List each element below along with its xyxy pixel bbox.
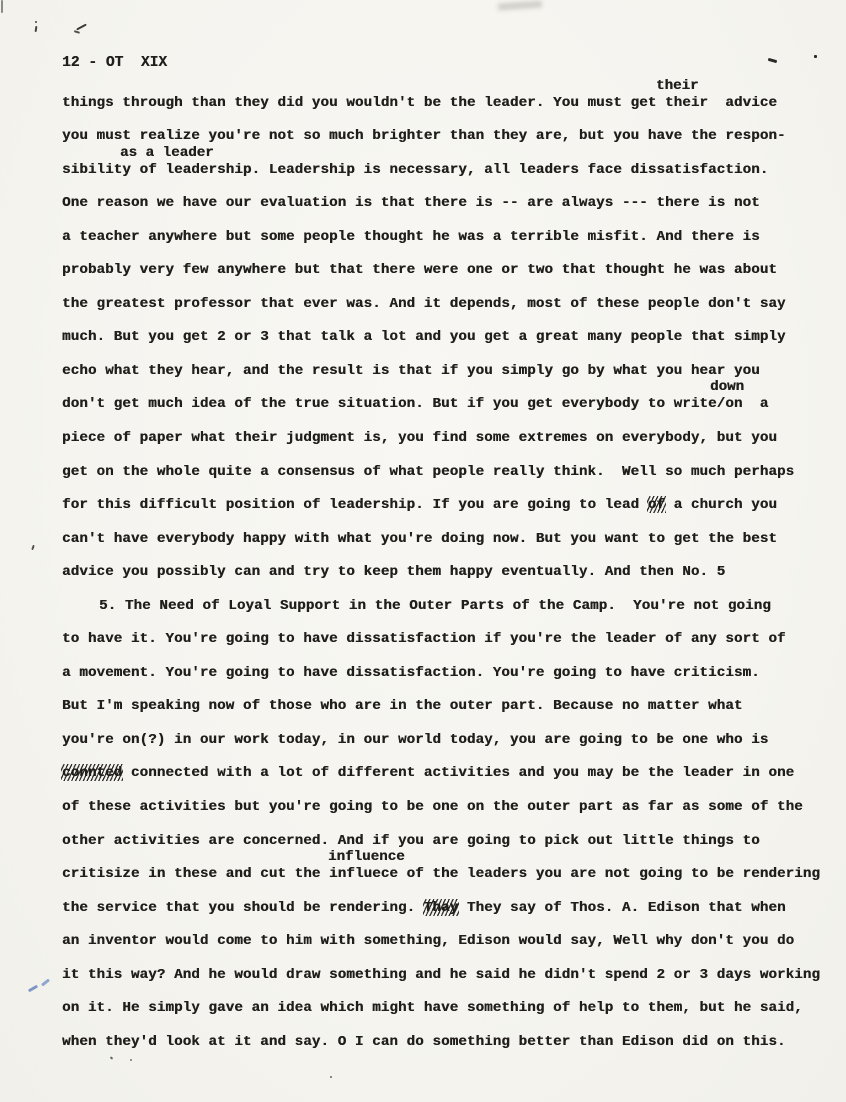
line-text: probably very few anywhere but that ther…	[62, 262, 777, 278]
ink-speck-bottom-1	[110, 1056, 114, 1059]
text-line: as a leadersibility of leadership. Leade…	[62, 146, 826, 180]
text-segment: an inventor would come to him with somet…	[62, 933, 794, 949]
line-text: get on the whole quite a consensus of wh…	[62, 464, 794, 480]
text-segment: much. But you get 2 or 3 that talk a lot…	[62, 329, 786, 345]
line-text: can't have everybody happy with what you…	[62, 531, 777, 547]
ink-speck-bottom-2	[130, 1059, 132, 1061]
text-line: a teacher anywhere but some people thoug…	[62, 213, 826, 247]
pen-flick-tail	[74, 30, 80, 33]
line-text: other activities are concerned. And if y…	[62, 833, 760, 849]
text-line: to have it. You're going to have dissati…	[62, 616, 826, 650]
smudge-top-center	[498, 0, 542, 10]
text-segment: the service that you should be rendering…	[62, 900, 424, 916]
text-line: piece of paper what their judgment is, y…	[62, 414, 826, 448]
line-text: critisize in these and cut the influece …	[62, 866, 820, 882]
text-segment: can't have everybody happy with what you…	[62, 531, 777, 547]
text-line: an inventor would come to him with somet…	[62, 918, 826, 952]
text-segment: of these activities but you're going to …	[62, 799, 803, 815]
pen-flick	[76, 24, 87, 31]
text-line: echo what they hear, and the result is t…	[62, 347, 826, 381]
text-line: probably very few anywhere but that ther…	[62, 247, 826, 281]
line-text: for this difficult position of leadershi…	[62, 497, 777, 513]
text-segment: get on the whole quite a consensus of wh…	[62, 464, 794, 480]
text-segment: One reason we have our evaluation is tha…	[62, 195, 760, 211]
text-line: the service that you should be rendering…	[62, 884, 826, 918]
struck-out-word: connted	[62, 765, 122, 781]
page-number-header: 12 - OT XIX	[62, 55, 167, 71]
text-line: theirthings through than they did you wo…	[62, 79, 826, 113]
text-line: a movement. You're going to have dissati…	[62, 649, 826, 683]
interlinear-insertion: as a leader	[120, 145, 214, 161]
text-segment: to have it. You're going to have dissati…	[62, 631, 786, 647]
text-line: other activities are concerned. And if y…	[62, 817, 826, 851]
text-segment: the greatest professor that ever was. An…	[62, 296, 786, 312]
ink-speck-i-dot	[35, 21, 37, 23]
text-segment: you're on(?) in our work today, in our w…	[62, 732, 768, 748]
text-segment: you must realize you're not so much brig…	[62, 128, 786, 144]
text-segment: critisize in these and cut the influece …	[62, 866, 820, 882]
text-line: One reason we have our evaluation is tha…	[62, 180, 826, 214]
text-segment: sibility of leadership. Leadership is ne…	[62, 162, 768, 178]
text-segment: connected with a lot of different activi…	[122, 765, 794, 781]
pen-comma	[768, 58, 777, 63]
line-text: One reason we have our evaluation is tha…	[62, 195, 760, 211]
text-segment: a church you	[665, 497, 777, 513]
text-segment: echo what they hear, and the result is t…	[62, 363, 760, 379]
line-text: sibility of leadership. Leadership is ne…	[62, 162, 768, 178]
ink-speck-i-stroke	[35, 26, 38, 32]
text-segment: other activities are concerned. And if y…	[62, 833, 760, 849]
text-line: connted connected with a lot of differen…	[62, 750, 826, 784]
edge-ink-line	[1, 0, 3, 13]
line-text: a teacher anywhere but some people thoug…	[62, 229, 760, 245]
text-segment: They say of Thos. A. Edison that when	[458, 900, 785, 916]
line-text: things through than they did you wouldn'…	[62, 95, 777, 111]
line-text: to have it. You're going to have dissati…	[62, 631, 786, 647]
line-text: it this way? And he would draw something…	[62, 967, 820, 983]
line-text: echo what they hear, and the result is t…	[62, 363, 760, 379]
line-text: you're on(?) in our work today, in our w…	[62, 732, 768, 748]
text-line: influencecritisize in these and cut the …	[62, 851, 826, 885]
text-segment: a movement. You're going to have dissati…	[62, 665, 760, 681]
text-line: downdon't get much idea of the true situ…	[62, 381, 826, 415]
text-segment: when they'd look at it and say. O I can …	[62, 1034, 786, 1050]
line-text: the greatest professor that ever was. An…	[62, 296, 786, 312]
text-line: on it. He simply gave an idea which migh…	[62, 985, 826, 1019]
line-text: a movement. You're going to have dissati…	[62, 665, 760, 681]
ink-tick-left	[31, 545, 35, 550]
text-line: the greatest professor that ever was. An…	[62, 280, 826, 314]
blue-pencil-stroke-1	[28, 985, 38, 993]
line-text: an inventor would come to him with somet…	[62, 933, 794, 949]
text-line: much. But you get 2 or 3 that talk a lot…	[62, 314, 826, 348]
ink-speck-bottom-3	[330, 1076, 332, 1078]
text-line: for this difficult position of leadershi…	[62, 482, 826, 516]
blue-pencil-stroke-2	[41, 979, 50, 987]
typewritten-body: theirthings through than they did you wo…	[62, 79, 826, 1052]
line-text: connted connected with a lot of differen…	[62, 765, 794, 781]
line-text: don't get much idea of the true situatio…	[62, 396, 768, 412]
text-line: when they'd look at it and say. O I can …	[62, 1018, 826, 1052]
line-text: when they'd look at it and say. O I can …	[62, 1034, 786, 1050]
interlinear-insertion: their	[656, 78, 699, 94]
text-segment: don't get much idea of the true situatio…	[62, 396, 768, 412]
text-segment: it this way? And he would draw something…	[62, 967, 820, 983]
line-text: advice you possibly can and try to keep …	[62, 564, 725, 580]
text-line: it this way? And he would draw something…	[62, 951, 826, 985]
interlinear-insertion: influence	[328, 849, 405, 865]
line-text: on it. He simply gave an idea which migh…	[62, 1000, 803, 1016]
document-page: 12 - OT XIX theirthings through than the…	[0, 0, 846, 1102]
text-segment: a teacher anywhere but some people thoug…	[62, 229, 760, 245]
text-line: But I'm speaking now of those who are in…	[62, 683, 826, 717]
text-segment: advice you possibly can and try to keep …	[62, 564, 725, 580]
text-segment: probably very few anywhere but that ther…	[62, 262, 777, 278]
text-segment: on it. He simply gave an idea which migh…	[62, 1000, 803, 1016]
line-text: 5. The Need of Loyal Support in the Oute…	[99, 598, 771, 614]
line-text: of these activities but you're going to …	[62, 799, 803, 815]
text-segment: things through than they did you wouldn'…	[62, 95, 777, 111]
struck-out-word: of	[648, 497, 665, 513]
interlinear-insertion: down	[710, 379, 744, 395]
text-line: you're on(?) in our work today, in our w…	[62, 716, 826, 750]
line-text: piece of paper what their judgment is, y…	[62, 430, 777, 446]
text-segment: piece of paper what their judgment is, y…	[62, 430, 777, 446]
text-segment: for this difficult position of leadershi…	[62, 497, 648, 513]
text-line: can't have everybody happy with what you…	[62, 515, 826, 549]
text-segment: But I'm speaking now of those who are in…	[62, 698, 743, 714]
text-line: you must realize you're not so much brig…	[62, 113, 826, 147]
line-text: the service that you should be rendering…	[62, 900, 786, 916]
text-line: of these activities but you're going to …	[62, 783, 826, 817]
text-line: 5. The Need of Loyal Support in the Oute…	[62, 582, 826, 616]
line-text: you must realize you're not so much brig…	[62, 128, 786, 144]
line-text: much. But you get 2 or 3 that talk a lot…	[62, 329, 786, 345]
line-text: But I'm speaking now of those who are in…	[62, 698, 743, 714]
text-segment: 5. The Need of Loyal Support in the Oute…	[99, 598, 771, 614]
struck-out-word: Thay	[424, 900, 458, 916]
ink-dot-top-right	[814, 55, 817, 58]
text-line: get on the whole quite a consensus of wh…	[62, 448, 826, 482]
text-line: advice you possibly can and try to keep …	[62, 549, 826, 583]
